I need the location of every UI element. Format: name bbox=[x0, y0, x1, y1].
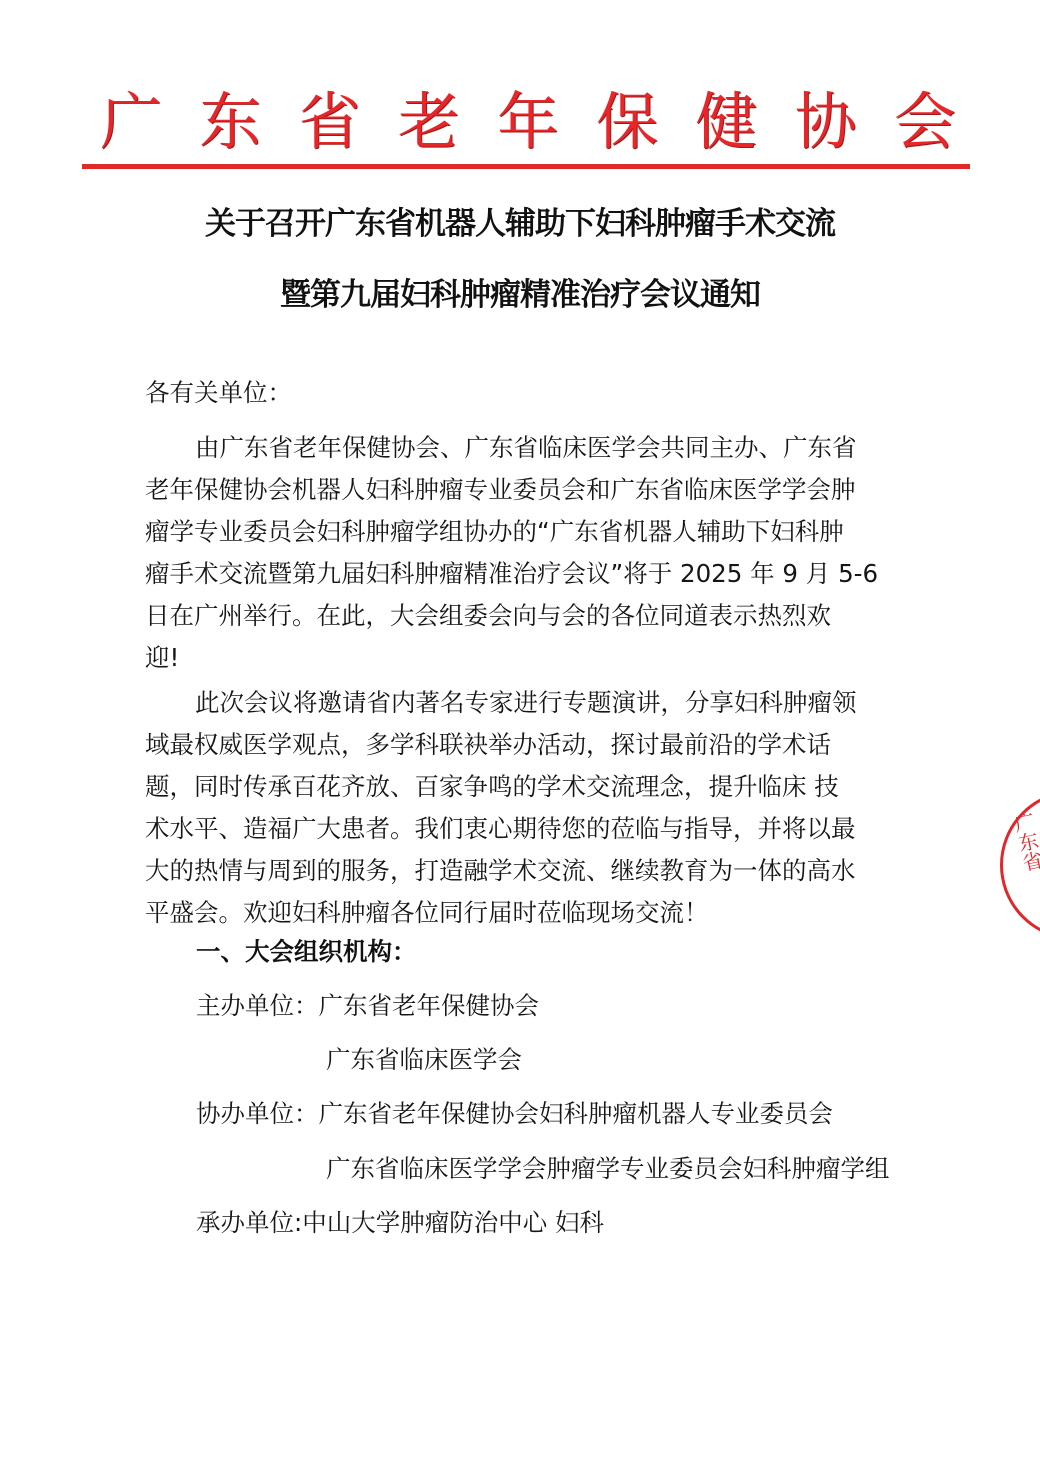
host-value: 中山大学肿瘤防治中心 妇科 bbox=[302, 1207, 604, 1239]
letterhead: 广 东 省 老 年 保 健 协 会 bbox=[82, 82, 970, 172]
letterhead-char: 老 bbox=[398, 86, 460, 158]
co-organizers-row: 协办单位：广东省老年保健协会妇科肿瘤机器人专业委员会 bbox=[196, 1098, 833, 1130]
letterhead-org-name: 广 东 省 老 年 保 健 协 会 bbox=[82, 86, 970, 158]
co-organizer-value: 广东省临床医学学会肿瘤学专业委员会妇科肿瘤学组 bbox=[326, 1153, 890, 1185]
paragraph-line: 此次会议将邀请省内著名专家进行专题演讲，分享妇科肿瘤领 bbox=[145, 682, 905, 724]
co-organizers-label: 协办单位： bbox=[196, 1098, 319, 1130]
paragraph-line: 迎! bbox=[145, 637, 905, 679]
letterhead-char: 省 bbox=[298, 86, 360, 158]
letterhead-divider bbox=[82, 164, 970, 169]
paragraph-intro: 由广东省老年保健协会、广东省临床医学会共同主办、广东省 老年保健协会机器人妇科肿… bbox=[145, 427, 905, 679]
paragraph-line: 由广东省老年保健协会、广东省临床医学会共同主办、广东省 bbox=[145, 427, 905, 469]
letterhead-char: 会 bbox=[894, 86, 956, 158]
letterhead-char: 东 bbox=[199, 86, 261, 158]
document-title-line-1: 关于召开广东省机器人辅助下妇科肿瘤手术交流 bbox=[0, 198, 1040, 243]
paragraph-details: 此次会议将邀请省内著名专家进行专题演讲，分享妇科肿瘤领 域最权威医学观点，多学科… bbox=[145, 682, 905, 934]
organizers-label: 主办单位： bbox=[196, 990, 319, 1022]
paragraph-line: 瘤手术交流暨第九届妇科肿瘤精准治疗会议”将于 2025 年 9 月 5-6 bbox=[145, 553, 905, 595]
paragraph-line: 老年保健协会机器人妇科肿瘤专业委员会和广东省临床医学学会肿 bbox=[145, 469, 905, 511]
letterhead-char: 健 bbox=[695, 86, 757, 158]
paragraph-line: 域最权威医学观点，多学科联袂举办活动，探讨最前沿的学术话 bbox=[145, 724, 905, 766]
letterhead-char: 年 bbox=[497, 86, 559, 158]
paragraph-line: 平盛会。欢迎妇科肿瘤各位同行届时莅临现场交流！ bbox=[145, 892, 905, 934]
letterhead-char: 广 bbox=[100, 86, 162, 158]
host-row: 承办单位:中山大学肿瘤防治中心 妇科 bbox=[196, 1207, 604, 1239]
organizers-row-continued: 广东省临床医学会 bbox=[326, 1044, 522, 1076]
letterhead-char: 保 bbox=[596, 86, 658, 158]
document-title-line-2: 暨第九届妇科肿瘤精准治疗会议通知 bbox=[0, 269, 1040, 314]
organizers-row: 主办单位：广东省老年保健协会 bbox=[196, 990, 539, 1022]
organizer-value: 广东省临床医学会 bbox=[326, 1044, 522, 1076]
organizer-value: 广东省老年保健协会 bbox=[319, 990, 540, 1022]
section-heading-organization: 一、大会组织机构： bbox=[196, 936, 417, 968]
co-organizer-value: 广东省老年保健协会妇科肿瘤机器人专业委员会 bbox=[319, 1098, 834, 1130]
letterhead-char: 协 bbox=[795, 86, 857, 158]
paragraph-line: 术水平、造福广大患者。我们衷心期待您的莅临与指导，并将以最 bbox=[145, 808, 905, 850]
paragraph-line: 大的热情与周到的服务，打造融学术交流、继续教育为一体的高水 bbox=[145, 850, 905, 892]
host-label: 承办单位: bbox=[196, 1207, 302, 1239]
salutation: 各有关单位： bbox=[145, 372, 905, 414]
paragraph-line: 日在广州举行。在此，大会组委会向与会的各位同道表示热烈欢 bbox=[145, 595, 905, 637]
co-organizers-row-continued: 广东省临床医学学会肿瘤学专业委员会妇科肿瘤学组 bbox=[326, 1153, 890, 1185]
paragraph-line: 瘤学专业委员会妇科肿瘤学组协办的“广东省机器人辅助下妇科肿 bbox=[145, 511, 905, 553]
paragraph-line: 题，同时传承百花齐放、百家争鸣的学术交流理念，提升临床 技 bbox=[145, 766, 905, 808]
